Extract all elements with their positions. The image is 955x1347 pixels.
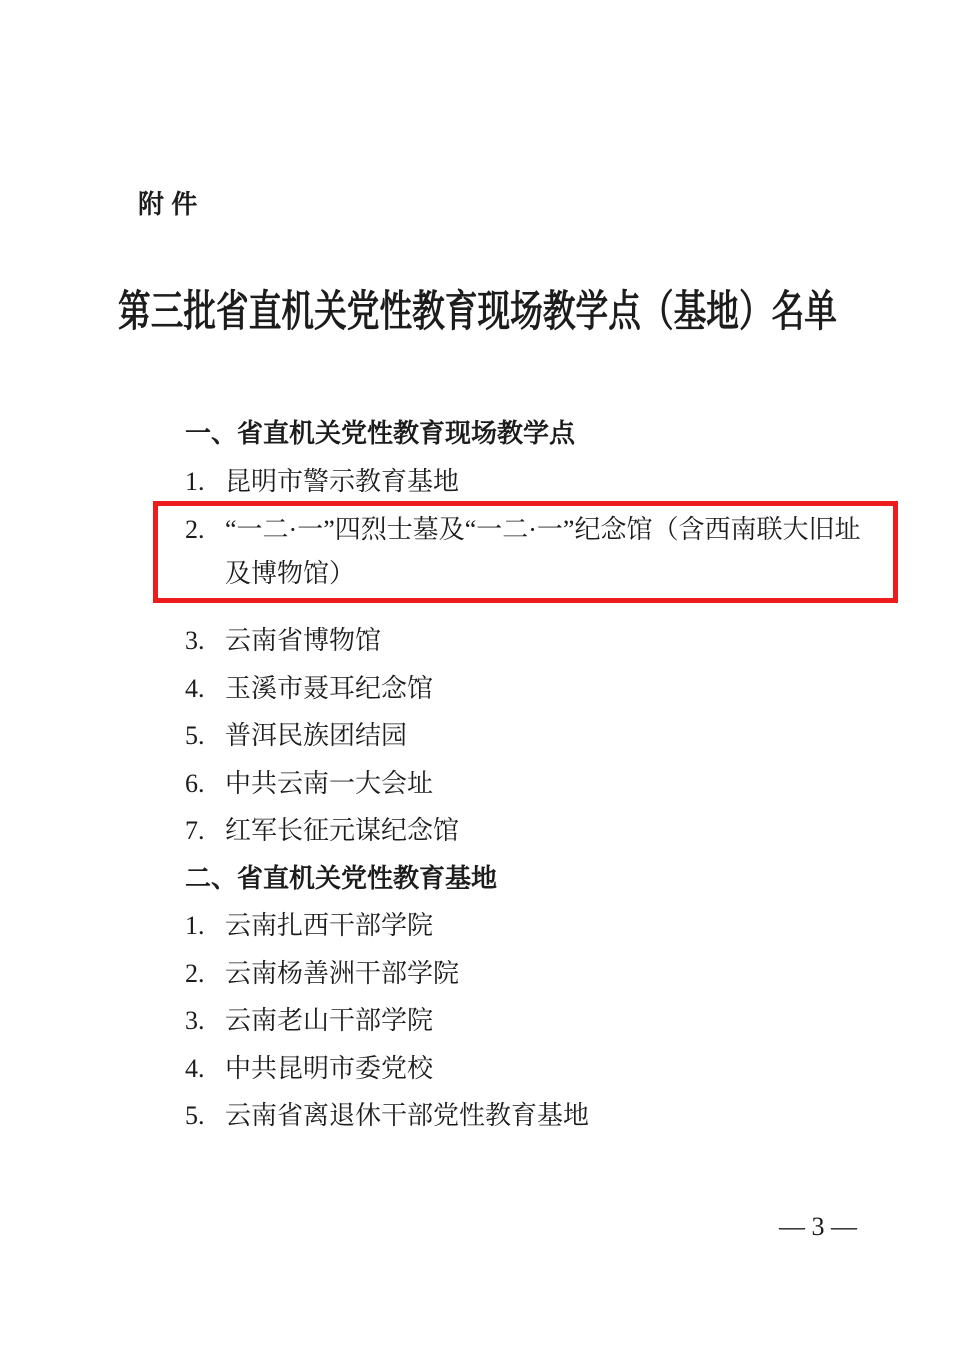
section-heading: 一、省直机关党性教育现场教学点 [153, 410, 898, 458]
item-text-line: 云南扎西干部学院 [225, 902, 898, 950]
list-item: 1. 昆明市警示教育基地 [153, 458, 898, 506]
highlight-box: 2. “一二·一”四烈士墓及“一二·一”纪念馆（含西南联大旧址及博物馆） [153, 501, 898, 603]
item-text: 玉溪市聂耳纪念馆 [225, 665, 898, 713]
item-text-line: 云南杨善洲干部学院 [225, 950, 898, 998]
page-title: 第三批省直机关党性教育现场教学点（基地）名单 [115, 289, 841, 337]
item-text: 中共云南一大会址 [225, 760, 898, 808]
item-number: 2. [185, 508, 225, 552]
list-item: 7. 红军长征元谋纪念馆 [153, 807, 898, 855]
item-text: 普洱民族团结园 [225, 712, 898, 760]
item-text-line: 昆明市警示教育基地 [225, 458, 898, 506]
item-number: 1. [185, 458, 225, 506]
item-text: 云南省离退休干部党性教育基地 [225, 1092, 898, 1140]
item-text: 云南省博物馆 [225, 617, 898, 665]
item-text-line: 红军长征元谋纪念馆 [225, 807, 898, 855]
item-text-line: “一二·一”四烈士墓及“一二·一”纪念馆（含西南联大旧址 [225, 508, 893, 552]
item-text: 昆明市警示教育基地 [225, 458, 898, 506]
item-text-line: 云南省博物馆 [225, 617, 898, 665]
item-text-line: 玉溪市聂耳纪念馆 [225, 665, 898, 713]
item-text-line: 普洱民族团结园 [225, 712, 898, 760]
list-item: 4. 中共昆明市委党校 [153, 1045, 898, 1093]
item-text: 云南老山干部学院 [225, 997, 898, 1045]
item-text-line: 云南老山干部学院 [225, 997, 898, 1045]
list-item: 4. 玉溪市聂耳纪念馆 [153, 665, 898, 713]
list-item: 2. “一二·一”四烈士墓及“一二·一”纪念馆（含西南联大旧址及博物馆） [158, 508, 893, 596]
item-number: 7. [185, 807, 225, 855]
content-list: 一、省直机关党性教育现场教学点 1. 昆明市警示教育基地 2. “一二·一”四烈… [153, 410, 898, 1140]
item-text-line: 中共云南一大会址 [225, 760, 898, 808]
item-text-line: 及博物馆） [225, 552, 893, 596]
item-number: 4. [185, 1045, 225, 1093]
section-heading: 二、省直机关党性教育基地 [153, 855, 898, 903]
item-text-line: 中共昆明市委党校 [225, 1045, 898, 1093]
list-item: 6. 中共云南一大会址 [153, 760, 898, 808]
item-number: 4. [185, 665, 225, 713]
list-item: 5. 普洱民族团结园 [153, 712, 898, 760]
list-item: 3. 云南省博物馆 [153, 617, 898, 665]
item-number: 5. [185, 712, 225, 760]
item-number: 1. [185, 902, 225, 950]
list-item: 3. 云南老山干部学院 [153, 997, 898, 1045]
list-item: 1. 云南扎西干部学院 [153, 902, 898, 950]
list-item: 5. 云南省离退休干部党性教育基地 [153, 1092, 898, 1140]
list-item: 2. 云南杨善洲干部学院 [153, 950, 898, 998]
item-number: 5. [185, 1092, 225, 1140]
item-number: 3. [185, 997, 225, 1045]
item-number: 3. [185, 617, 225, 665]
item-text: 云南扎西干部学院 [225, 902, 898, 950]
item-text: “一二·一”四烈士墓及“一二·一”纪念馆（含西南联大旧址及博物馆） [225, 508, 893, 596]
document-page: 附 件 第三批省直机关党性教育现场教学点（基地）名单 一、省直机关党性教育现场教… [0, 0, 955, 1347]
attachment-label: 附 件 [138, 189, 197, 219]
item-text-line: 云南省离退休干部党性教育基地 [225, 1092, 898, 1140]
item-number: 2. [185, 950, 225, 998]
item-text: 红军长征元谋纪念馆 [225, 807, 898, 855]
item-text: 中共昆明市委党校 [225, 1045, 898, 1093]
item-text: 云南杨善洲干部学院 [225, 950, 898, 998]
item-number: 6. [185, 760, 225, 808]
page-number: — 3 — [779, 1212, 857, 1242]
